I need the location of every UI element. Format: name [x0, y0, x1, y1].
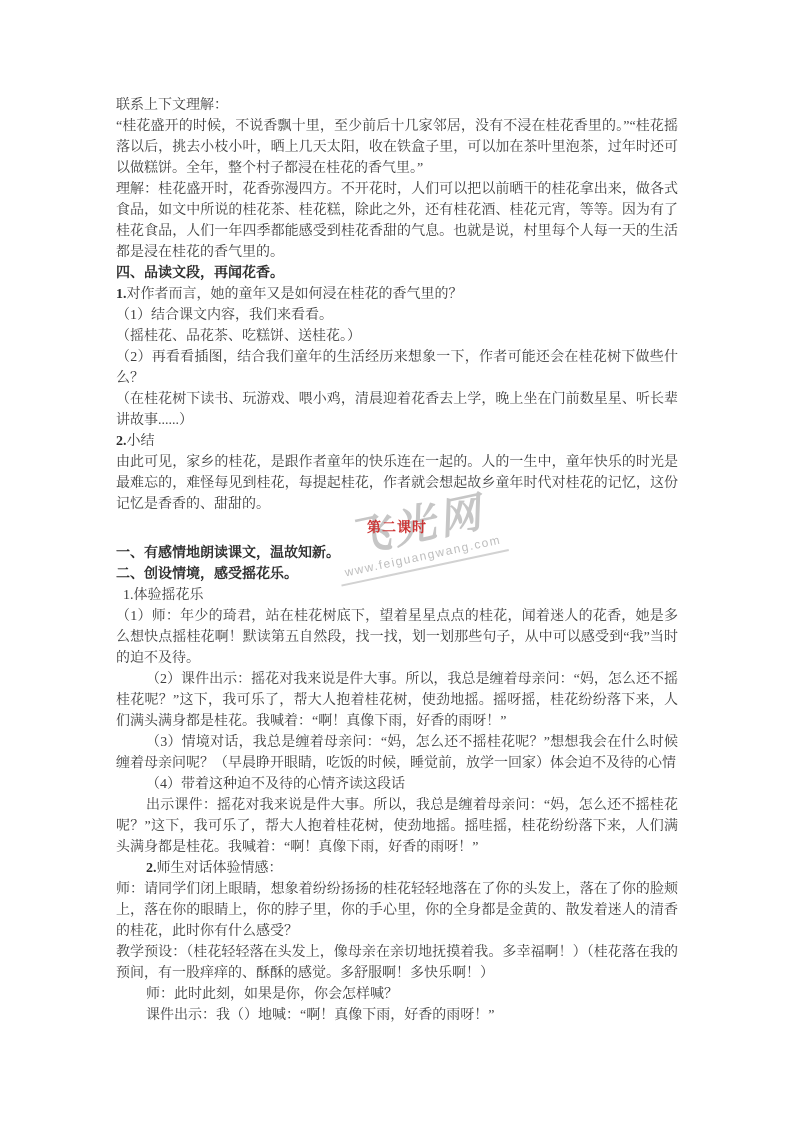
paragraph: 师：此时此刻，如果是你，你会怎样喊？ [116, 984, 678, 1005]
paragraph: （3）情境对话，我总是缠着母亲问：“妈，怎么还不摇桂花呢？”想想我会在什么时候缠… [116, 732, 678, 774]
paragraph: “桂花盛开的时候，不说香飘十里，至少前后十几家邻居，没有不浸在桂花香里的。”“桂… [116, 116, 678, 179]
paragraph: 2.师生对话体验情感： [116, 858, 678, 879]
paragraph: （1）师：年少的琦君，站在桂花树底下，望着星星点点的桂花，闻着迷人的花香，她是多… [116, 606, 678, 669]
paragraph: （1）结合课文内容，我们来看看。 [116, 305, 678, 326]
document-page: 飞光网 www.feiguangwang.com 联系上下文理解：“桂花盛开的时… [0, 0, 793, 1122]
document-body: 联系上下文理解：“桂花盛开的时候，不说香飘十里，至少前后十几家邻居，没有不浸在桂… [116, 95, 678, 1026]
paragraph: 二、创设情境，感受摇花乐。 [116, 564, 678, 585]
paragraph: 一、有感情地朗读课文，温故知新。 [116, 543, 678, 564]
paragraph: 教学预设：（桂花轻轻落在头发上，像母亲在亲切地抚摸着我。多幸福啊！）（桂花落在我… [116, 942, 678, 984]
paragraph: 2.小结 [116, 431, 678, 452]
paragraph-number: 2. [146, 861, 157, 876]
paragraph: 联系上下文理解： [116, 95, 678, 116]
paragraph-number: 1. [116, 287, 127, 302]
paragraph: 出示课件：摇花对我来说是件大事。所以，我总是缠着母亲问：“妈，怎么还不摇桂花呢？… [116, 795, 678, 858]
paragraph: （4）带着这种迫不及待的心情齐读这段话 [116, 774, 678, 795]
paragraph: （摇桂花、品花茶、吃糕饼、送桂花。） [116, 326, 678, 347]
paragraph: 师：请同学们闭上眼睛，想象着纷纷扬扬的桂花轻轻地落在了你的头发上，落在了你的脸颊… [116, 879, 678, 942]
section-heading: 第二课时 [116, 518, 678, 539]
paragraph: （2）再看看插图，结合我们童年的生活经历来想象一下，作者可能还会在桂花树下做些什… [116, 347, 678, 389]
paragraph: 理解：桂花盛开时，花香弥漫四方。不开花时，人们可以把以前晒干的桂花拿出来，做各式… [116, 179, 678, 263]
paragraph: 课件出示：我（）地喊：“啊！真像下雨，好香的雨呀！” [116, 1005, 678, 1026]
paragraph: 四、品读文段，再闻花香。 [116, 263, 678, 284]
paragraph: 1.体验摇花乐 [116, 585, 678, 606]
paragraph: 由此可见，家乡的桂花，是跟作者童年的快乐连在一起的。人的一生中，童年快乐的时光是… [116, 452, 678, 515]
paragraph: （2）课件出示：摇花对我来说是件大事。所以，我总是缠着母亲问：“妈，怎么还不摇桂… [116, 669, 678, 732]
paragraph: （在桂花树下读书、玩游戏、喂小鸡，清晨迎着花香去上学，晚上坐在门前数星星、听长辈… [116, 389, 678, 431]
paragraph-number: 2. [116, 434, 127, 449]
paragraph: 1.对作者而言，她的童年又是如何浸在桂花的香气里的？ [116, 284, 678, 305]
